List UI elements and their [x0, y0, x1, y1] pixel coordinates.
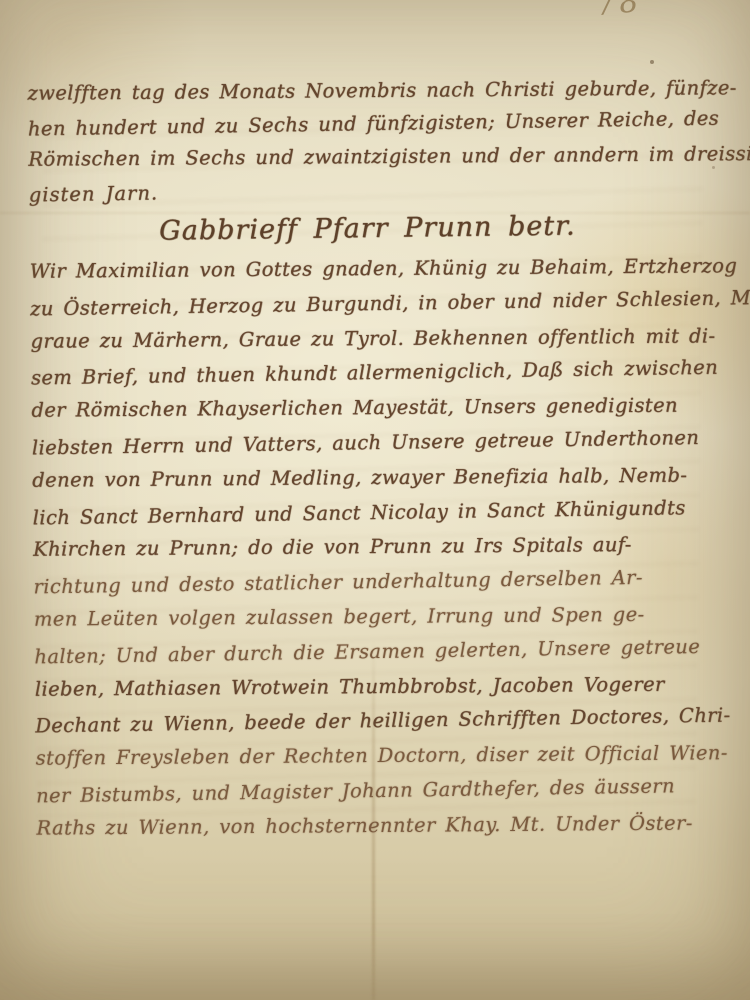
ink-speck: [650, 60, 654, 64]
handwritten-text: zwelfften tag des Monats Novembris nach …: [27, 70, 726, 848]
folio-number: 78: [594, 0, 644, 23]
manuscript-page: 78 zwelfften tag des Monats Novembris na…: [0, 0, 750, 1000]
manuscript-line: Raths zu Wienn, von hochsternennter Khay…: [36, 806, 726, 846]
closing-paragraph: zwelfften tag des Monats Novembris nach …: [27, 70, 719, 210]
charter-paragraph: Wir Maximilian von Gottes gnaden, Khünig…: [29, 248, 726, 848]
